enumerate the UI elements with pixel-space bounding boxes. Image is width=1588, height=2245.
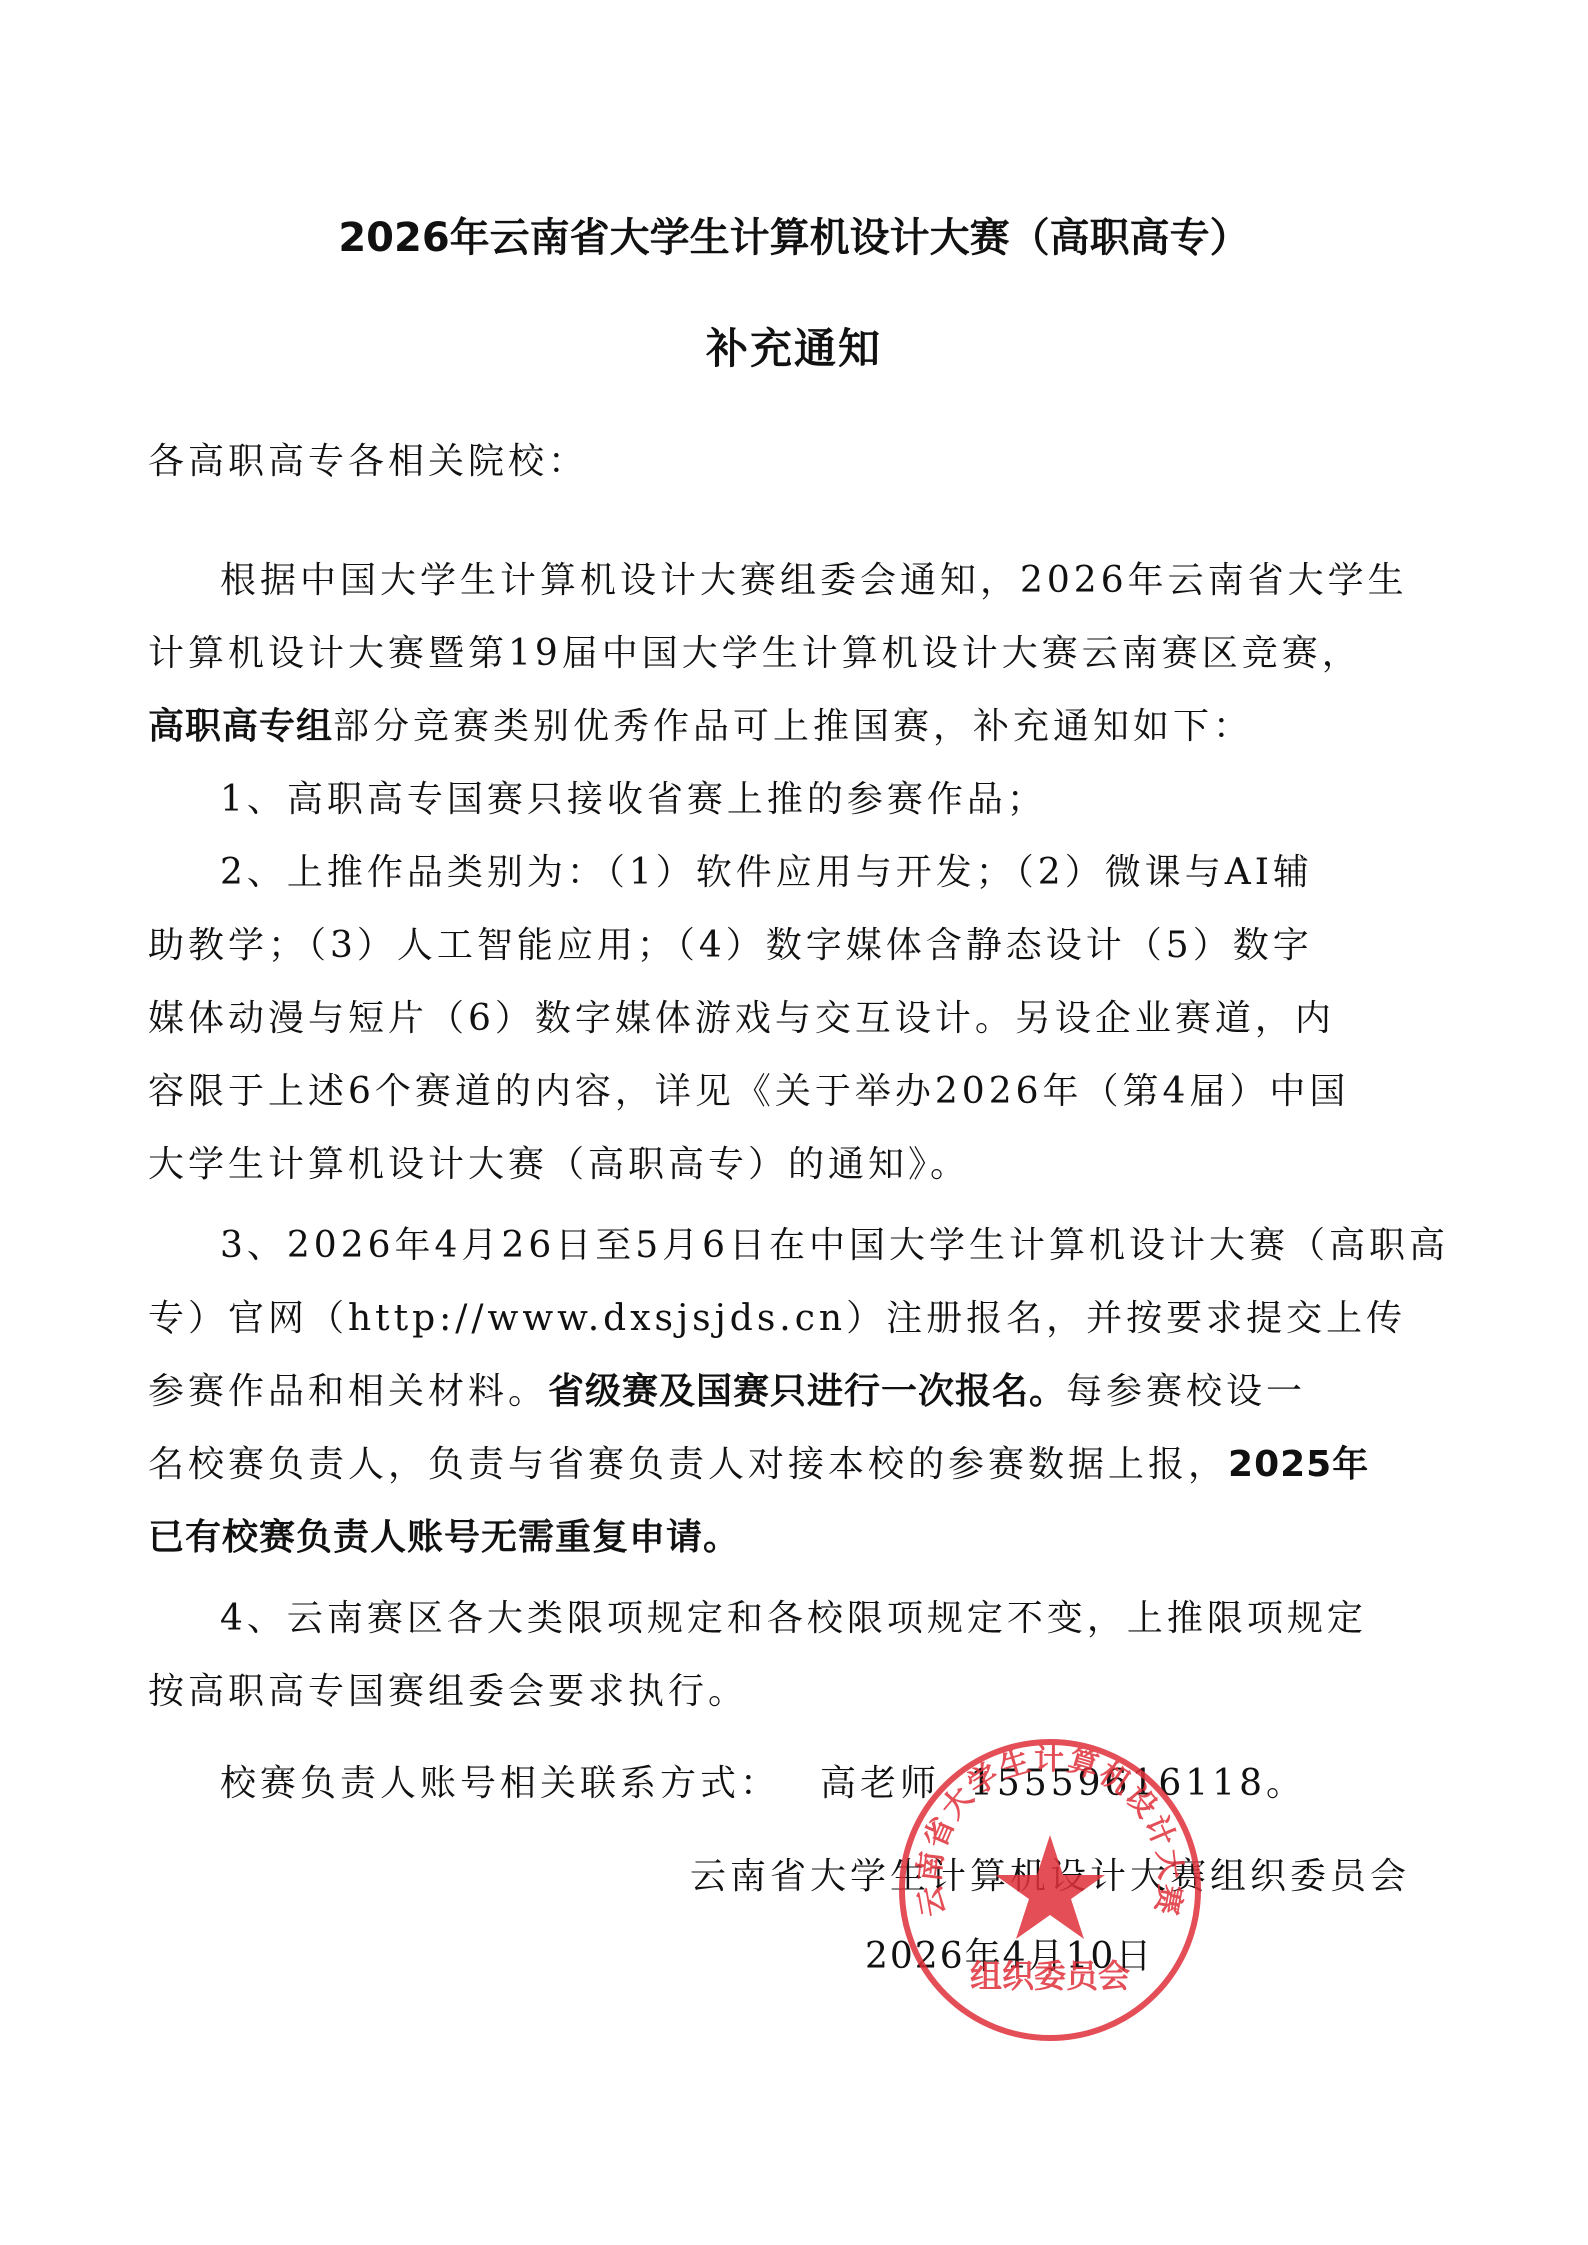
item-3-line-3-normal: 参赛作品和相关材料。 — [148, 1371, 548, 1412]
item-2-line-1: 2、上推作品类别为：（1）软件应用与开发；（2）微课与AI辅 — [220, 855, 1520, 891]
item-3-line-1: 3、2026年4月26日至5月6日在中国大学生计算机设计大赛（高职高 — [220, 1228, 1520, 1264]
contact-person: 高老师 — [820, 1763, 940, 1804]
item-3-line-5: 已有校赛负责人账号无需重复申请。 — [148, 1520, 1448, 1556]
salutation: 各高职高专各相关院校： — [148, 444, 1448, 480]
item-3-line-3-rest: 每参赛校设一 — [1066, 1371, 1306, 1412]
item-2-line-5: 大学生计算机设计大赛（高职高专）的通知》。 — [148, 1147, 1448, 1183]
item-3-line-4: 名校赛负责人，负责与省赛负责人对接本校的参赛数据上报，2025年 — [148, 1447, 1448, 1483]
item-2-line-4: 容限于上述6个赛道的内容，详见《关于举办2026年（第4届）中国 — [148, 1074, 1448, 1110]
item-3-line-2: 专）官网（http://www.dxsjsjds.cn）注册报名，并按要求提交上… — [148, 1301, 1448, 1337]
document-title: 2026年云南省大学生计算机设计大赛（高职高专） — [0, 218, 1588, 258]
intro-bold-group: 高职高专组 — [148, 706, 333, 747]
item-3-bold-note: 省级赛及国赛只进行一次报名。 — [548, 1371, 1066, 1412]
item-3-line-4-normal: 名校赛负责人，负责与省赛负责人对接本校的参赛数据上报， — [148, 1444, 1228, 1485]
signature-organization: 云南省大学生计算机设计大赛组织委员会 — [690, 1848, 1410, 1899]
item-2-line-2: 助教学；（3）人工智能应用；（4）数字媒体含静态设计（5）数字 — [148, 928, 1448, 964]
item-1-line-1: 1、高职高专国赛只接收省赛上推的参赛作品； — [220, 782, 1520, 818]
contact-label: 校赛负责人账号相关联系方式： — [220, 1763, 780, 1804]
document-page: 2026年云南省大学生计算机设计大赛（高职高专） 补充通知 各高职高专各相关院校… — [0, 0, 1588, 2245]
contact-phone: 15559616118。 — [970, 1763, 1306, 1804]
item-4-line-2: 按高职高专国赛组委会要求执行。 — [148, 1674, 1448, 1710]
item-3-bold-year: 2025年 — [1228, 1444, 1369, 1485]
intro-line-2: 计算机设计大赛暨第19届中国大学生计算机设计大赛云南赛区竞赛， — [148, 636, 1448, 672]
item-3-line-3: 参赛作品和相关材料。省级赛及国赛只进行一次报名。每参赛校设一 — [148, 1374, 1448, 1410]
item-2-line-3: 媒体动漫与短片（6）数字媒体游戏与交互设计。另设企业赛道，内 — [148, 1001, 1448, 1037]
signature-date: 2026年4月10日 — [865, 1928, 1153, 1979]
intro-line-3-rest: 部分竞赛类别优秀作品可上推国赛，补充通知如下： — [333, 706, 1253, 747]
contact-line: 校赛负责人账号相关联系方式：高老师15559616118。 — [220, 1766, 1520, 1802]
document-subtitle: 补充通知 — [0, 328, 1588, 370]
intro-line-3: 高职高专组部分竞赛类别优秀作品可上推国赛，补充通知如下： — [148, 709, 1448, 745]
item-4-line-1: 4、云南赛区各大类限项规定和各校限项规定不变，上推限项规定 — [220, 1601, 1520, 1637]
intro-line-1: 根据中国大学生计算机设计大赛组委会通知，2026年云南省大学生 — [220, 563, 1520, 599]
